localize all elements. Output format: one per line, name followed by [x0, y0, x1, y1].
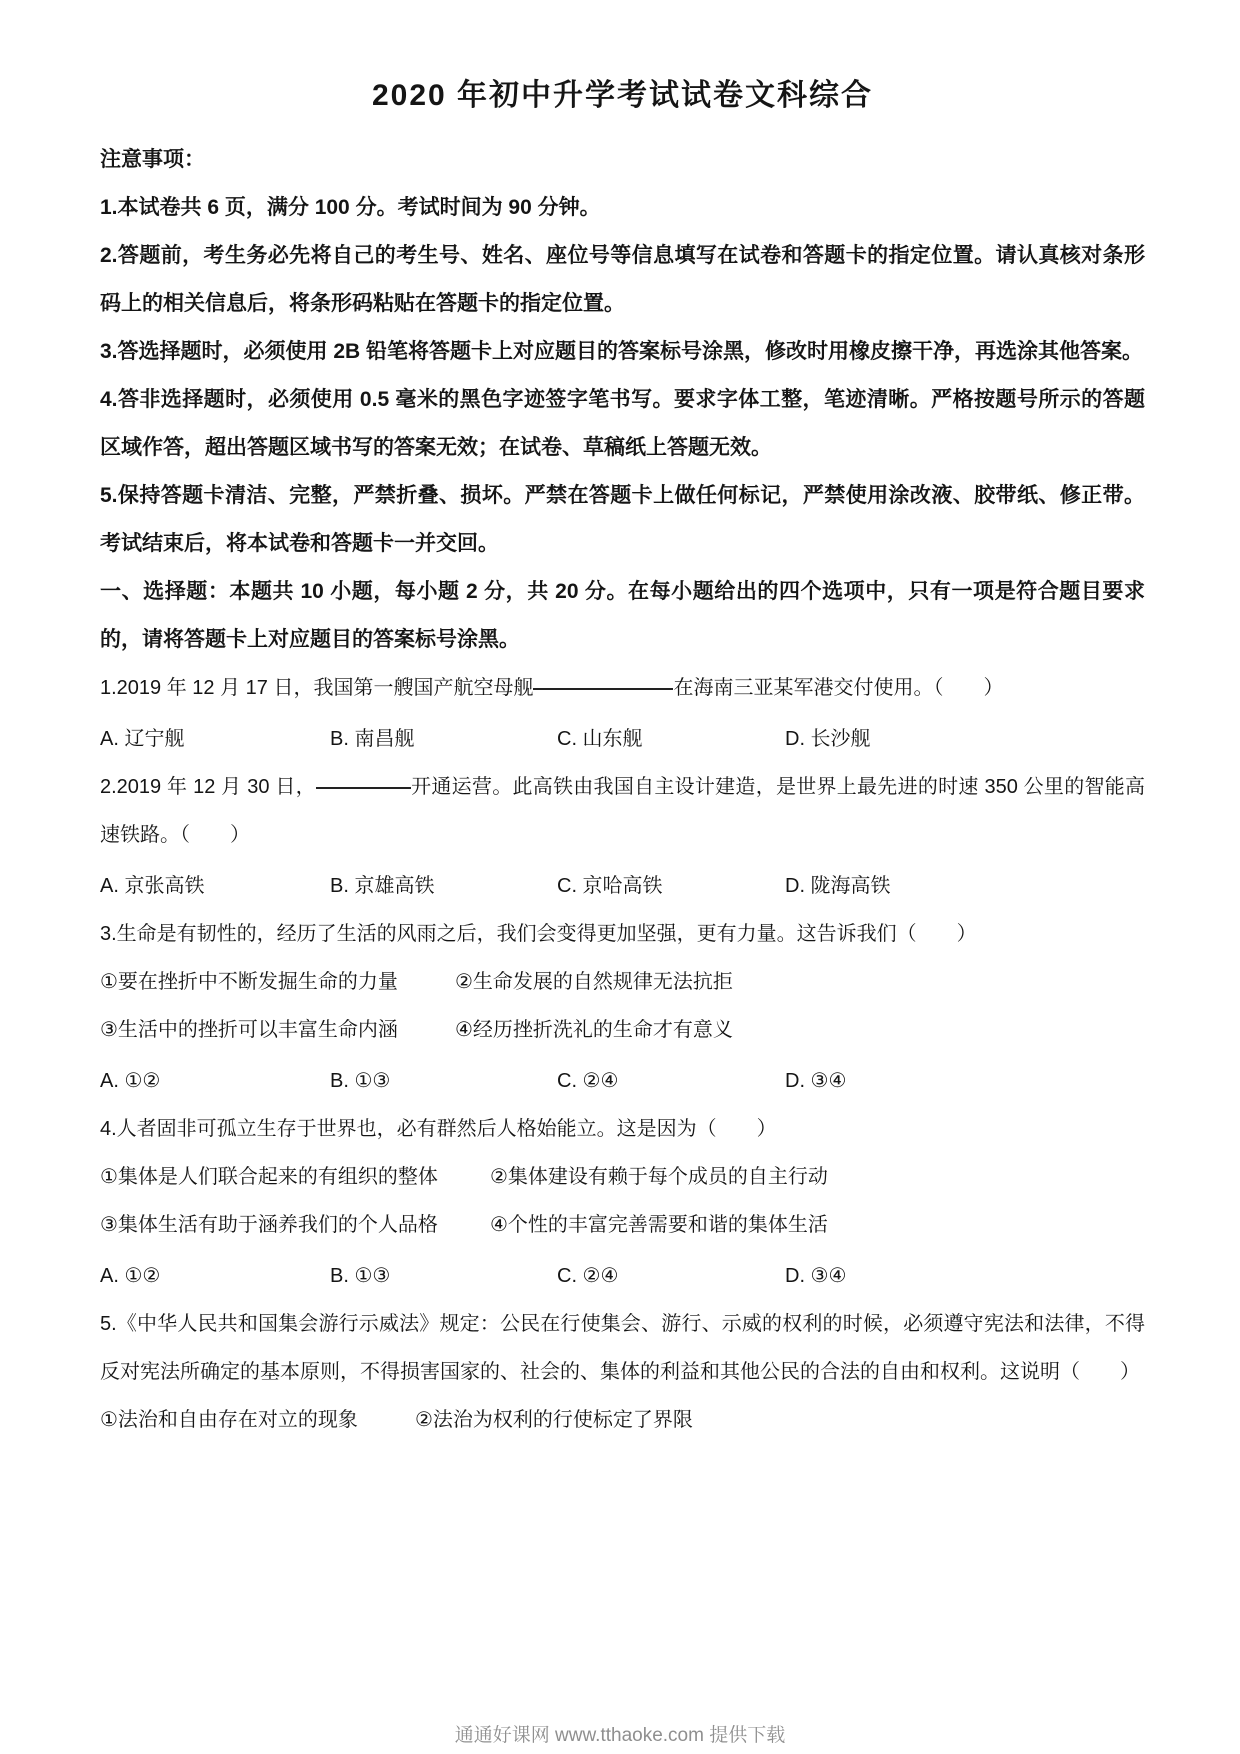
question-1-option-c: C. 山东舰 [557, 715, 785, 763]
question-4-option-b: B. ①③ [330, 1252, 557, 1300]
question-3-option-b: B. ①③ [330, 1057, 557, 1105]
question-3-statement-1: ①要在挫折中不断发掘生命的力量 [100, 958, 455, 1006]
question-2-option-b: B. 京雄高铁 [330, 862, 557, 910]
question-1-option-b: B. 南昌舰 [330, 715, 557, 763]
page-title: 2020 年初中升学考试试卷文科综合 [100, 74, 1145, 118]
question-3-statement-2: ②生命发展的自然规律无法抗拒 [455, 958, 1145, 1006]
question-3-statement-3: ③生活中的挫折可以丰富生命内涵 [100, 1006, 455, 1054]
question-4-options: A. ①② B. ①③ C. ②④ D. ③④ [100, 1252, 1145, 1300]
question-2-option-a: A. 京张高铁 [100, 862, 330, 910]
notices-heading: 注意事项： [100, 136, 1145, 184]
notice-item-2: 2.答题前，考生务必先将自己的考生号、姓名、座位号等信息填写在试卷和答题卡的指定… [100, 232, 1145, 328]
notice-item-3: 3.答选择题时，必须使用 2B 铅笔将答题卡上对应题目的答案标号涂黑，修改时用橡… [100, 328, 1145, 376]
question-3-option-d: D. ③④ [785, 1057, 1145, 1105]
notice-item-5: 5.保持答题卡清洁、完整，严禁折叠、损坏。严禁在答题卡上做任何标记，严禁使用涂改… [100, 472, 1145, 568]
question-3-options: A. ①② B. ①③ C. ②④ D. ③④ [100, 1057, 1145, 1105]
question-1-stem: 1.2019 年 12 月 17 日，我国第一艘国产航空母舰在海南三亚某军港交付… [100, 664, 1145, 712]
question-4-statements-34: ③集体生活有助于涵养我们的个人品格 ④个性的丰富完善需要和谐的集体生活 [100, 1201, 1145, 1249]
question-4-option-c: C. ②④ [557, 1252, 785, 1300]
question-3-stem: 3.生命是有韧性的，经历了生活的风雨之后，我们会变得更加坚强，更有力量。这告诉我… [100, 910, 1145, 958]
question-5-statements-12: ①法治和自由存在对立的现象 ②法治为权利的行使标定了界限 [100, 1396, 1145, 1444]
question-1-blank [533, 687, 673, 690]
question-4-statement-2: ②集体建设有赖于每个成员的自主行动 [490, 1153, 1145, 1201]
question-2-blank [316, 786, 411, 789]
page-content: 2020 年初中升学考试试卷文科综合 注意事项： 1.本试卷共 6 页，满分 1… [0, 0, 1240, 1444]
exam-paper-page: 2020 年初中升学考试试卷文科综合 注意事项： 1.本试卷共 6 页，满分 1… [0, 0, 1240, 1754]
question-5-stem: 5.《中华人民共和国集会游行示威法》规定：公民在行使集会、游行、示威的权利的时候… [100, 1300, 1145, 1396]
question-2-options: A. 京张高铁 B. 京雄高铁 C. 京哈高铁 D. 陇海高铁 [100, 862, 1145, 910]
question-3-statement-4: ④经历挫折洗礼的生命才有意义 [455, 1006, 1145, 1054]
question-2-option-d: D. 陇海高铁 [785, 862, 1145, 910]
question-3-statements-34: ③生活中的挫折可以丰富生命内涵 ④经历挫折洗礼的生命才有意义 [100, 1006, 1145, 1054]
question-4-statements-12: ①集体是人们联合起来的有组织的整体 ②集体建设有赖于每个成员的自主行动 [100, 1153, 1145, 1201]
question-3-option-a: A. ①② [100, 1057, 330, 1105]
question-3-statements-12: ①要在挫折中不断发掘生命的力量 ②生命发展的自然规律无法抗拒 [100, 958, 1145, 1006]
question-4-option-a: A. ①② [100, 1252, 330, 1300]
question-1-stem-before: 1.2019 年 12 月 17 日，我国第一艘国产航空母舰 [100, 677, 533, 699]
question-1-option-a: A. 辽宁舰 [100, 715, 330, 763]
question-4-statement-3: ③集体生活有助于涵养我们的个人品格 [100, 1201, 490, 1249]
question-4-statement-4: ④个性的丰富完善需要和谐的集体生活 [490, 1201, 1145, 1249]
watermark-footer: 通通好课网 www.tthaoke.com 提供下载 [0, 1724, 1240, 1748]
question-1-option-d: D. 长沙舰 [785, 715, 1145, 763]
question-4-option-d: D. ③④ [785, 1252, 1145, 1300]
question-4-stem: 4.人者固非可孤立生存于世界也，必有群然后人格始能立。这是因为（ ） [100, 1105, 1145, 1153]
question-2-option-c: C. 京哈高铁 [557, 862, 785, 910]
section-heading: 一、选择题：本题共 10 小题，每小题 2 分，共 20 分。在每小题给出的四个… [100, 568, 1145, 664]
question-1-options: A. 辽宁舰 B. 南昌舰 C. 山东舰 D. 长沙舰 [100, 715, 1145, 763]
notice-item-1: 1.本试卷共 6 页，满分 100 分。考试时间为 90 分钟。 [100, 184, 1145, 232]
question-5-statement-2: ②法治为权利的行使标定了界限 [415, 1396, 1145, 1444]
question-2-stem: 2.2019 年 12 月 30 日，开通运营。此高铁由我国自主设计建造，是世界… [100, 763, 1145, 859]
question-2-stem-before: 2.2019 年 12 月 30 日， [100, 776, 316, 798]
question-3-option-c: C. ②④ [557, 1057, 785, 1105]
question-5-statement-1: ①法治和自由存在对立的现象 [100, 1396, 415, 1444]
question-4-statement-1: ①集体是人们联合起来的有组织的整体 [100, 1153, 490, 1201]
question-1-stem-after: 在海南三亚某军港交付使用。（ ） [673, 677, 1003, 699]
notice-item-4: 4.答非选择题时，必须使用 0.5 毫米的黑色字迹签字笔书写。要求字体工整，笔迹… [100, 376, 1145, 472]
